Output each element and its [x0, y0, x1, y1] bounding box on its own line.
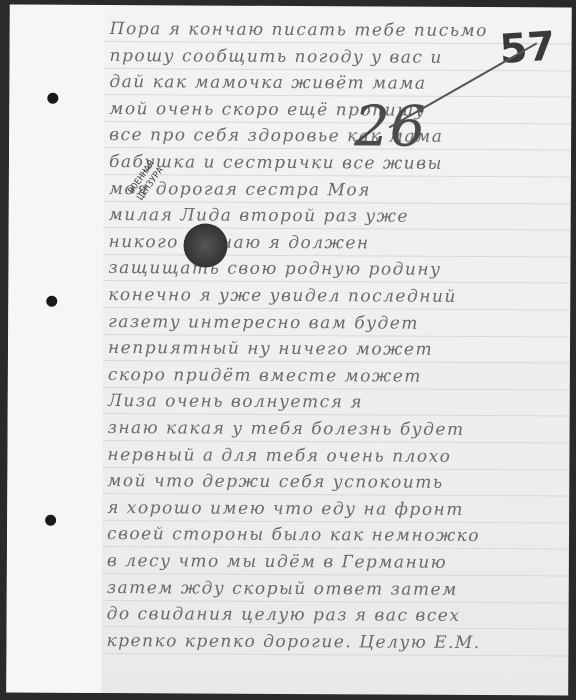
ruled-line [102, 573, 569, 576]
seal-stamp [183, 223, 227, 267]
ruled-line [102, 546, 569, 549]
text-line: милая Лида второй раз уже [109, 205, 561, 227]
text-line: газету интересно вам будет [108, 312, 560, 334]
left-margin [6, 5, 105, 693]
punch-hole [47, 93, 58, 104]
text-line: скоро придёт вместе может [108, 365, 560, 387]
ruled-line [102, 493, 569, 496]
text-line: нервный а для тебя очень плохо [107, 445, 559, 467]
text-line: защищать свою родную родину [108, 258, 560, 280]
text-line: конечно я уже увидел последний [108, 285, 560, 307]
text-line: никого незнаю я должен [109, 232, 561, 254]
text-line: знаю какая у тебя болезнь будет [108, 418, 560, 440]
text-line: бабушка и сестрички все живы [109, 152, 561, 174]
text-line: мой очень скоро ещё пропишу [109, 99, 561, 121]
ruled-line [102, 600, 569, 603]
ruled-line [103, 307, 570, 310]
text-line: крепко крепко дорогие. Целую Е.М. [106, 631, 558, 653]
text-line: в лесу что мы идём в Германию [107, 551, 559, 573]
ruled-line [103, 387, 570, 390]
text-line: своей стороны было как немножко [107, 524, 559, 546]
text-line: дай как мамочка живёт мама [109, 72, 561, 94]
ruled-line [104, 121, 571, 124]
text-line: Лиза очень волнуется я [108, 391, 560, 413]
ruled-line [103, 440, 570, 443]
text-line: все про себя здоровье как мама [109, 125, 561, 147]
ruled-line [102, 467, 569, 470]
text-line: неприятный ну ничего может [108, 338, 560, 360]
punch-hole [45, 515, 56, 526]
ruled-line [102, 626, 569, 629]
text-line: мой что держи себя успокоить [107, 471, 559, 493]
ruled-line [103, 413, 570, 416]
ruled-line [104, 147, 571, 150]
text-line: прошу сообщить погоду у вас и [109, 46, 561, 68]
ruled-line [104, 174, 571, 177]
text-line: моя дорогая сестра Моя [109, 179, 561, 201]
letter-page: Пора я кончаю писать тебе письмопрошу со… [6, 5, 572, 696]
ruled-line [101, 653, 568, 656]
ruled-line [104, 94, 571, 97]
text-line: до свидания целую раз я вас всех [107, 604, 559, 626]
ruled-line [104, 227, 571, 230]
ruled-line [103, 360, 570, 363]
ruled-line [102, 520, 569, 523]
ruled-line [103, 334, 570, 337]
punch-hole [46, 296, 57, 307]
text-line: затем жду скорый ответ затем [107, 578, 559, 600]
ruled-line [104, 201, 571, 204]
ruled-line [103, 280, 570, 283]
text-line: я хорошо имею что еду на фронт [107, 498, 559, 520]
ruled-line [103, 254, 570, 257]
text-line: Пора я кончаю писать тебе письмо [110, 19, 562, 41]
